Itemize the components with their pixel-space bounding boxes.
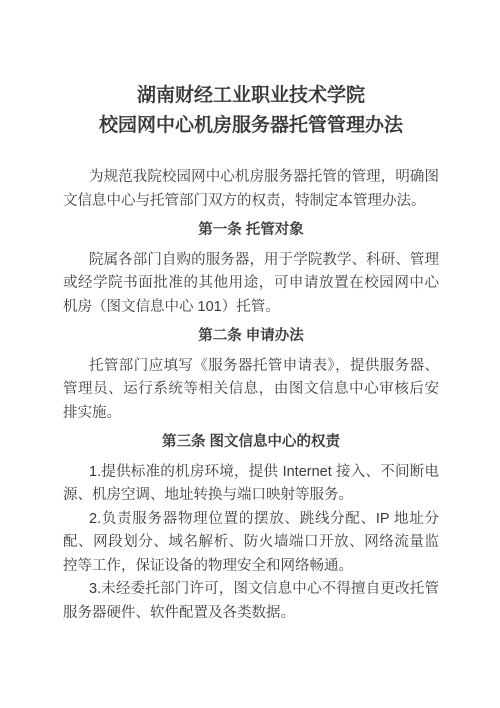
section-1-heading: 第一条 托管对象 [63, 219, 439, 243]
title-line-1: 湖南财经工业职业技术学院 [63, 81, 439, 111]
section-1-paragraph-1: 院属各部门自购的服务器，用于学院教学、科研、管理或经学院书面批准的其他用途，可申… [63, 249, 439, 320]
intro-paragraph: 为规范我院校园网中心机房服务器托管的管理，明确图文信息中心与托管部门双方的权责，… [63, 166, 439, 213]
section-3-paragraph-2: 2.负责服务器物理位置的摆放、跳线分配、IP 地址分配、网段划分、域名解析、防火… [63, 508, 439, 579]
section-3-paragraph-1: 1.提供标准的机房环境，提供 Internet 接入、不间断电源、机房空调、地址… [63, 461, 439, 508]
document-title: 湖南财经工业职业技术学院 校园网中心机房服务器托管管理办法 [63, 81, 439, 141]
title-line-2: 校园网中心机房服务器托管管理办法 [63, 111, 439, 141]
section-3-paragraph-3: 3.未经委托部门许可，图文信息中心不得擅自更改托管服务器硬件、软件配置及各类数据… [63, 578, 439, 625]
document-canvas: { "page": { "background_color": "#ffffff… [0, 0, 500, 708]
section-3-heading: 第三条 图文信息中心的权责 [63, 431, 439, 455]
section-2-heading: 第二条 申请办法 [63, 325, 439, 349]
document-page: 湖南财经工业职业技术学院 校园网中心机房服务器托管管理办法 为规范我院校园网中心… [0, 0, 500, 708]
section-2-paragraph-1: 托管部门应填写《服务器托管申请表》，提供服务器、管理员、运行系统等相关信息，由图… [63, 355, 439, 426]
